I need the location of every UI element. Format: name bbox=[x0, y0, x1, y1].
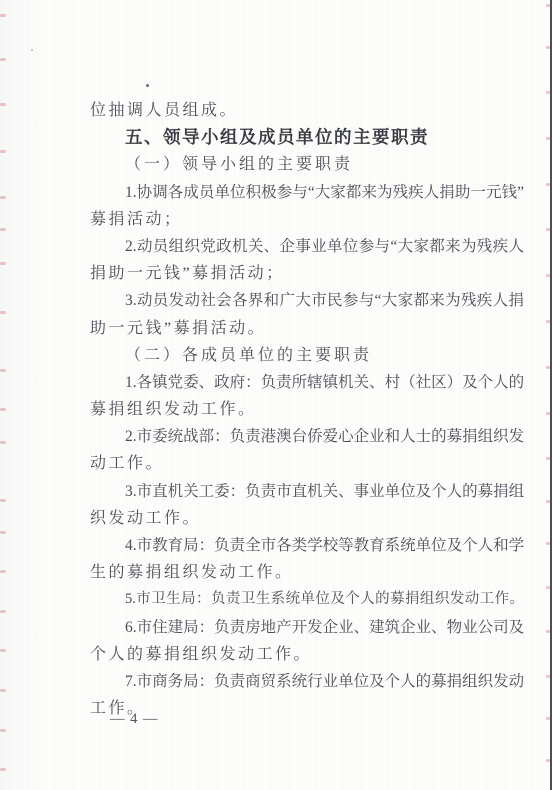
document-line: 2.动员组织党政机关、企事业单位参与“大家都来为残疾人 bbox=[90, 233, 524, 260]
scan-edge-mark bbox=[0, 729, 6, 732]
scan-edge-mark bbox=[0, 610, 6, 613]
scan-speck bbox=[31, 49, 33, 51]
scanned-document-page: 位抽调人员组成。五、领导小组及成员单位的主要职责（一）领导小组的主要职责1.协调… bbox=[0, 0, 554, 790]
document-line: 6.市住建局：负责房地产开发企业、建筑企业、物业公司及 bbox=[90, 614, 524, 641]
document-line: 1.协调各成员单位积极参与“大家都来为残疾人捐助一元钱” bbox=[90, 179, 524, 206]
document-line: 捐助一元钱”募捐活动； bbox=[90, 260, 524, 287]
scan-edge-mark bbox=[0, 570, 6, 573]
document-line: 2.市委统战部：负责港澳台侨爱心企业和人士的募捐组织发 bbox=[90, 423, 524, 450]
document-line: 助一元钱”募捐活动。 bbox=[90, 315, 524, 342]
document-line: 1.各镇党委、政府：负责所辖镇机关、村（社区）及个人的 bbox=[90, 369, 524, 396]
document-line: 4.市教育局：负责全市各类学校等教育系统单位及个人和学 bbox=[90, 532, 524, 559]
scan-edge-mark bbox=[0, 531, 6, 534]
ink-dot bbox=[146, 84, 149, 87]
scan-edge-mark bbox=[0, 14, 6, 17]
document-body: 位抽调人员组成。五、领导小组及成员单位的主要职责（一）领导小组的主要职责1.协调… bbox=[90, 97, 524, 722]
document-line: 募捐活动； bbox=[90, 206, 524, 233]
document-line: 动工作。 bbox=[90, 450, 524, 477]
scan-edge-mark bbox=[0, 369, 6, 372]
scan-edge-mark bbox=[0, 150, 6, 153]
scan-edge-mark bbox=[0, 196, 6, 199]
document-line: 7.市商务局：负责商贸系统行业单位及个人的募捐组织发动 bbox=[90, 668, 524, 695]
document-line: 5.市卫生局：负责卫生系统单位及个人的募捐组织发动工作。 bbox=[90, 586, 524, 613]
scan-edge-mark bbox=[0, 499, 6, 502]
scan-edge-mark bbox=[0, 228, 6, 231]
scan-edge-mark bbox=[0, 408, 6, 411]
scan-edge-mark bbox=[0, 103, 6, 106]
page-number: — 4 — bbox=[110, 711, 159, 728]
scan-edge-mark bbox=[0, 262, 6, 265]
document-line: 募捐组织发动工作。 bbox=[90, 396, 524, 423]
document-line: 织发动工作。 bbox=[90, 505, 524, 532]
document-line: 位抽调人员组成。 bbox=[90, 97, 524, 124]
section-heading: 五、领导小组及成员单位的主要职责 bbox=[90, 124, 524, 151]
scan-edge-mark bbox=[0, 768, 6, 771]
scan-edge-mark bbox=[0, 689, 6, 692]
subsection-heading: （一）领导小组的主要职责 bbox=[90, 151, 524, 178]
scan-edge-mark bbox=[0, 649, 6, 652]
document-line: 个人的募捐组织发动工作。 bbox=[90, 641, 524, 668]
document-line: 3.市直机关工委：负责市直机关、事业单位及个人的募捐组 bbox=[90, 478, 524, 505]
document-line: 3.动员发动社会各界和广大市民参与“大家都来为残疾人捐 bbox=[90, 287, 524, 314]
scan-edge-mark bbox=[0, 441, 6, 444]
scan-edge-mark bbox=[0, 58, 6, 61]
scan-edge-mark bbox=[0, 311, 6, 314]
subsection-heading: （二）各成员单位的主要职责 bbox=[90, 342, 524, 369]
document-line: 生的募捐组织发动工作。 bbox=[90, 559, 524, 586]
